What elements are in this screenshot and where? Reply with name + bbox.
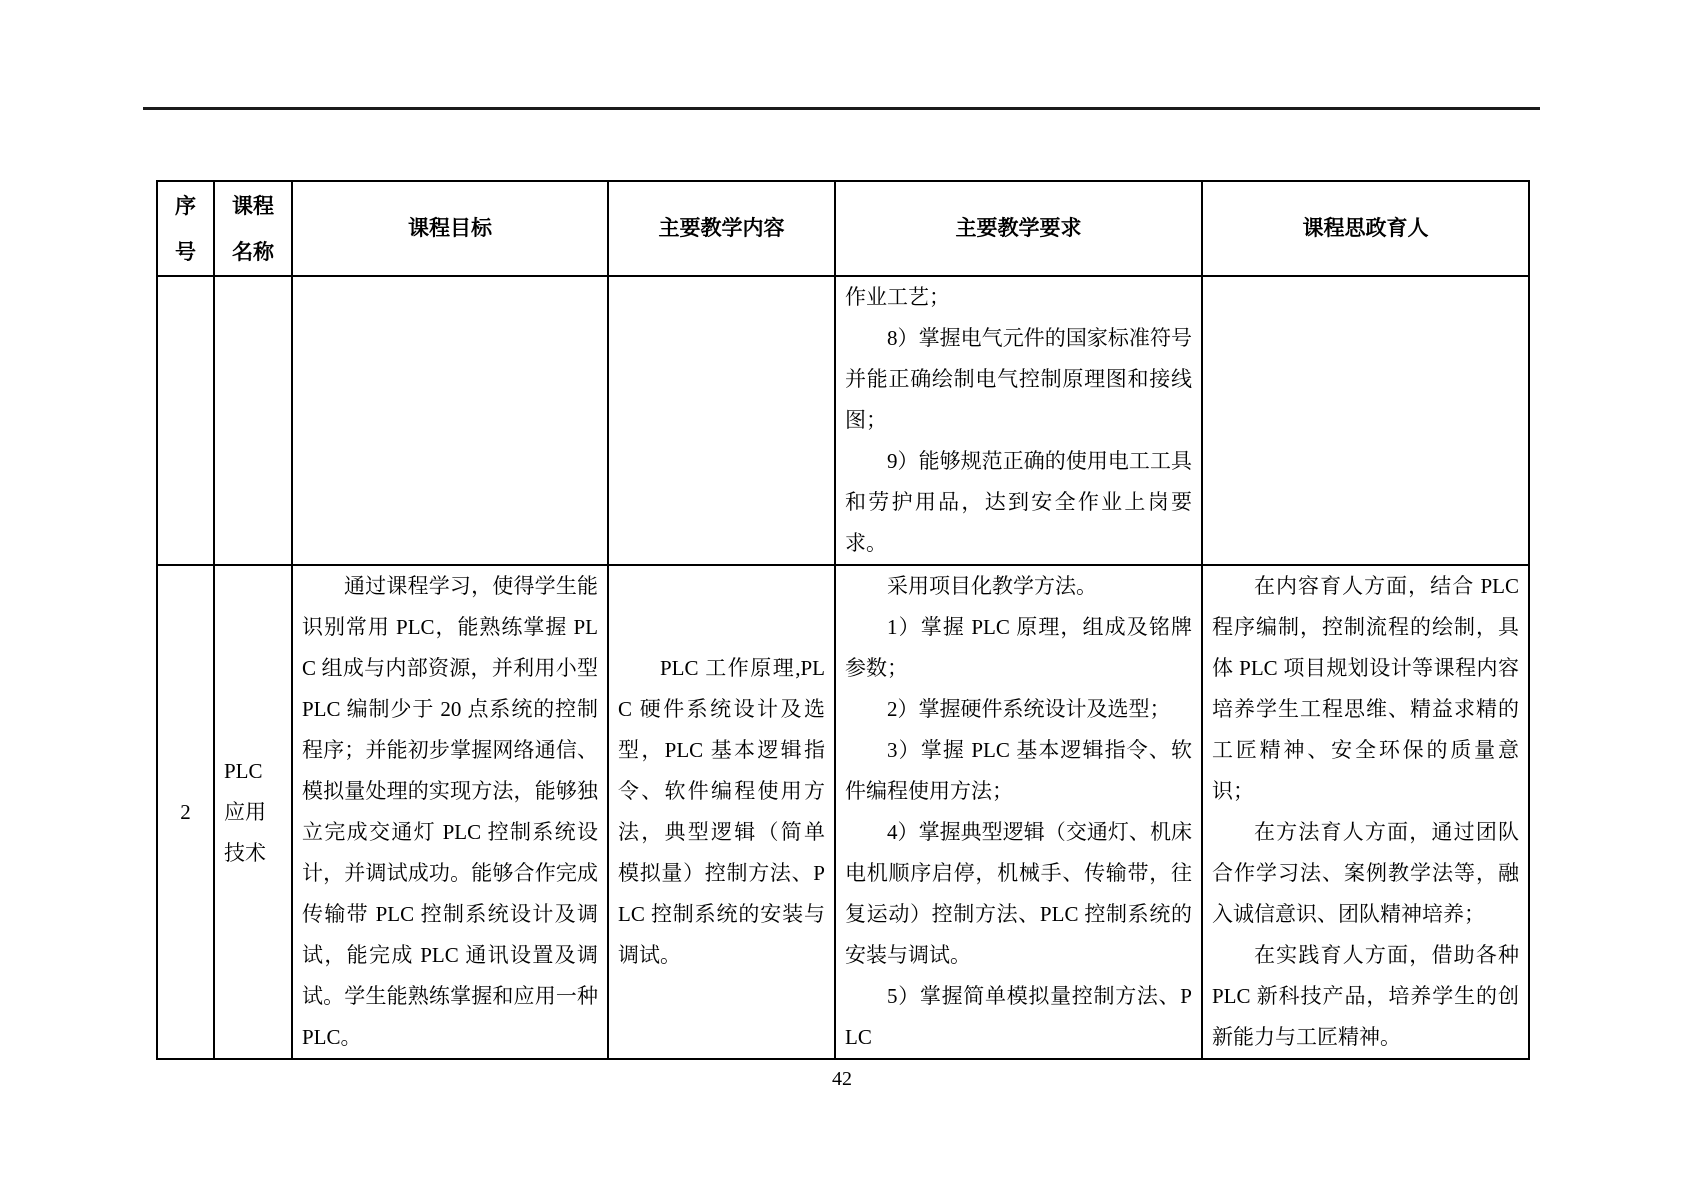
header-course-name-line1: 课程 — [224, 183, 282, 229]
course-content-cell: PLC 工作原理,PLC 硬件系统设计及选型，PLC 基本逻辑指令、软件编程使用… — [608, 565, 835, 1059]
cont-requirements-cell: 作业工艺； 8）掌握电气元件的国家标准符号并能正确绘制电气控制原理图和接线图； … — [835, 276, 1202, 565]
requirement-paragraph: 采用项目化教学方法。 — [845, 566, 1192, 607]
ideology-paragraph: 在实践育人方面，借助各种 PLC 新科技产品，培养学生的创新能力与工匠精神。 — [1212, 935, 1519, 1058]
requirement-paragraph: 5）掌握简单模拟量控制方法、PLC — [845, 976, 1192, 1058]
document-page: 序 号 课程 名称 课程目标 主要教学内容 主要教学要求 课程思政育人 作业工艺… — [0, 0, 1684, 1191]
cont-course-name-cell-empty — [214, 276, 292, 565]
cont-ideology-cell-empty — [1202, 276, 1529, 565]
cont-requirement-paragraph: 作业工艺； — [845, 277, 1192, 318]
requirement-paragraph: 1）掌握 PLC 原理，组成及铭牌参数； — [845, 607, 1192, 689]
table-row-continuation: 作业工艺； 8）掌握电气元件的国家标准符号并能正确绘制电气控制原理图和接线图； … — [157, 276, 1529, 565]
content-paragraph: PLC 工作原理,PLC 硬件系统设计及选型，PLC 基本逻辑指令、软件编程使用… — [618, 648, 825, 976]
course-name-cell: PLC 应用 技术 — [214, 565, 292, 1059]
header-content: 主要教学内容 — [608, 181, 835, 276]
header-index-line1: 序 — [167, 183, 204, 229]
requirement-paragraph: 2）掌握硬件系统设计及选型； — [845, 689, 1192, 730]
course-syllabus-table: 序 号 课程 名称 课程目标 主要教学内容 主要教学要求 课程思政育人 作业工艺… — [156, 180, 1530, 1060]
ideology-paragraph: 在方法育人方面，通过团队合作学习法、案例教学法等，融入诚信意识、团队精神培养； — [1212, 812, 1519, 935]
course-objectives-cell: 通过课程学习，使得学生能识别常用 PLC，能熟练掌握 PLC 组成与内部资源，并… — [292, 565, 608, 1059]
cont-requirement-paragraph: 8）掌握电气元件的国家标准符号并能正确绘制电气控制原理图和接线图； — [845, 318, 1192, 441]
course-name-line: PLC — [224, 751, 282, 792]
page-number: 42 — [0, 1066, 1684, 1092]
header-ideology: 课程思政育人 — [1202, 181, 1529, 276]
header-index-line2: 号 — [167, 229, 204, 275]
ideology-paragraph: 在内容育人方面，结合 PLC 程序编制，控制流程的绘制，具体 PLC 项目规划设… — [1212, 566, 1519, 812]
header-objectives: 课程目标 — [292, 181, 608, 276]
course-ideology-cell: 在内容育人方面，结合 PLC 程序编制，控制流程的绘制，具体 PLC 项目规划设… — [1202, 565, 1529, 1059]
course-name-line: 技术 — [224, 833, 282, 874]
table-header-row: 序 号 课程 名称 课程目标 主要教学内容 主要教学要求 课程思政育人 — [157, 181, 1529, 276]
requirement-paragraph: 4）掌握典型逻辑（交通灯、机床电机顺序启停，机械手、传输带，往复运动）控制方法、… — [845, 812, 1192, 976]
course-index-cell: 2 — [157, 565, 214, 1059]
header-course-name-line2: 名称 — [224, 229, 282, 275]
objectives-paragraph: 通过课程学习，使得学生能识别常用 PLC，能熟练掌握 PLC 组成与内部资源，并… — [302, 566, 598, 1058]
cont-index-cell-empty — [157, 276, 214, 565]
header-course-name: 课程 名称 — [214, 181, 292, 276]
header-index: 序 号 — [157, 181, 214, 276]
course-requirements-cell: 采用项目化教学方法。 1）掌握 PLC 原理，组成及铭牌参数； 2）掌握硬件系统… — [835, 565, 1202, 1059]
course-name-line: 应用 — [224, 792, 282, 833]
cont-requirement-paragraph: 9）能够规范正确的使用电工工具和劳护用品，达到安全作业上岗要求。 — [845, 441, 1192, 564]
table-row-plc-course: 2 PLC 应用 技术 通过课程学习，使得学生能识别常用 PLC，能熟练掌握 P… — [157, 565, 1529, 1059]
requirement-paragraph: 3）掌握 PLC 基本逻辑指令、软件编程使用方法； — [845, 730, 1192, 812]
cont-objectives-cell-empty — [292, 276, 608, 565]
header-requirements: 主要教学要求 — [835, 181, 1202, 276]
cont-content-cell-empty — [608, 276, 835, 565]
header-rule — [143, 107, 1540, 110]
